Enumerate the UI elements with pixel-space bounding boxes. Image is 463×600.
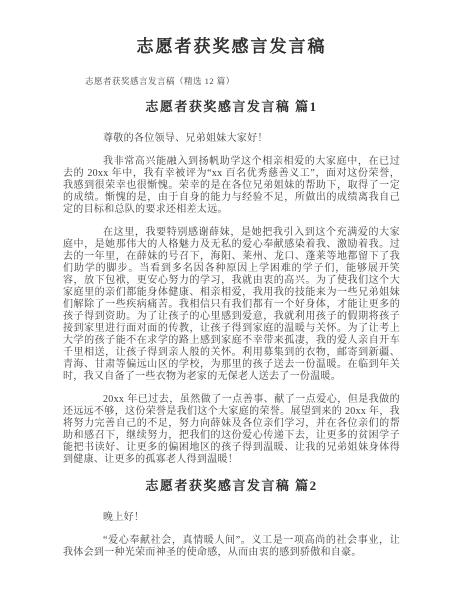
- paragraph: “爱心奉献社会，真情暖人间”。义工是一项高尚的社会事业，让我体会到一种光荣而神圣…: [63, 535, 400, 559]
- document-title: 志愿者获奖感言发言稿: [63, 36, 400, 58]
- paragraph: 尊敬的各位领导、兄弟姐妹大家好！: [63, 133, 400, 145]
- paragraph: 我非常高兴能融入到扬帆助学这个相亲相爱的大家庭中，在已过去的 20xx 年中，我…: [63, 156, 400, 216]
- document-body: 志愿者获奖感言发言稿 篇1尊敬的各位领导、兄弟姐妹大家好！我非常高兴能融入到扬帆…: [63, 99, 400, 559]
- speech-section: 志愿者获奖感言发言稿 篇1尊敬的各位领导、兄弟姐妹大家好！我非常高兴能融入到扬帆…: [63, 99, 400, 466]
- section-heading: 志愿者获奖感言发言稿 篇1: [63, 99, 400, 116]
- paragraph: 晚上好！: [63, 512, 400, 524]
- section-heading: 志愿者获奖感言发言稿 篇2: [63, 478, 400, 495]
- paragraph: 在这里，我要特别感谢薛妹，是她把我引入到这个充满爱的大家庭中，是她那伟大的人格魅…: [63, 227, 400, 383]
- speech-section: 志愿者获奖感言发言稿 篇2晚上好！“爱心奉献社会，真情暖人间”。义工是一项高尚的…: [63, 478, 400, 559]
- paragraph: 20xx 年已过去，虽然做了一点善事、献了一点爱心，但是我做的还远远不够，这份荣…: [63, 394, 400, 466]
- document-subtitle: 志愿者获奖感言发言稿（精选 12 篇）: [85, 75, 400, 87]
- document-page: 志愿者获奖感言发言稿 志愿者获奖感言发言稿（精选 12 篇） 志愿者获奖感言发言…: [0, 0, 463, 600]
